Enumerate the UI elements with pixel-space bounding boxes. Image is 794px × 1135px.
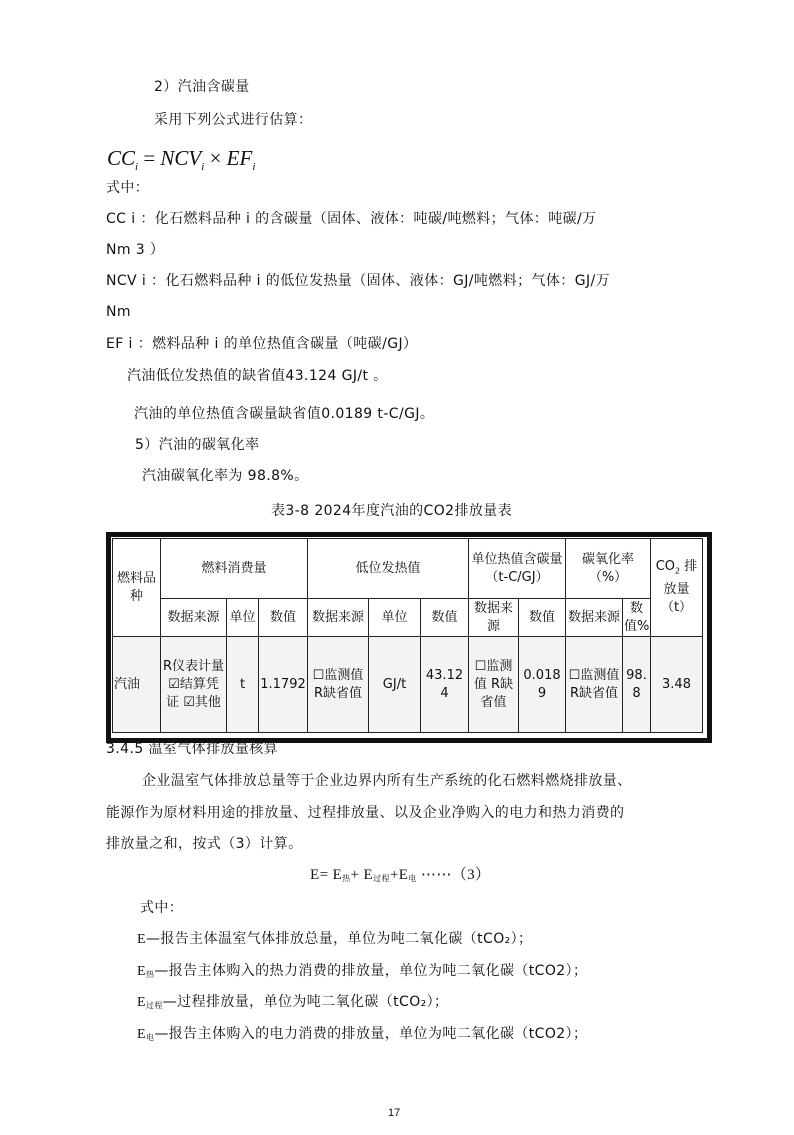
- definition-ef: EF i ：燃料品种 i 的单位热值含碳量（吨碳/GJ）: [106, 335, 417, 353]
- cell-consumption-unit: t: [227, 637, 259, 733]
- oxidation-text: 汽油碳氧化率为 98.8%。: [142, 467, 309, 485]
- definition-ncv-cont: Nm: [106, 303, 131, 321]
- header-ncv-source: 数据来源: [308, 599, 369, 637]
- cell-ncv-value: 43.124: [421, 637, 469, 733]
- formula-cc: CCi = NCVi × EFi: [107, 146, 255, 179]
- header-fuel-type: 燃料品种: [113, 539, 161, 637]
- header-oxidation: 碳氧化率（%）: [566, 539, 651, 599]
- section-heading-ghg-accounting: 3.4.5 温室气体排放量核算: [106, 740, 278, 758]
- table-caption: 表3-8 2024年度汽油的CO2排放量表: [271, 502, 512, 520]
- co2-emission-table-frame: 燃料品种 燃料消费量 低位发热值 单位热值含碳量（t-C/GJ） 碳氧化率（%）…: [106, 532, 712, 743]
- header-carbon-content: 单位热值含碳量（t-C/GJ）: [469, 539, 566, 599]
- cell-ox-source: ☐监测值 R缺省值: [566, 637, 623, 733]
- header-cc-value: 数值: [519, 599, 566, 637]
- page-number: 17: [388, 1107, 400, 1119]
- ncv-default-text: 汽油低位发热值的缺省值43.124 GJ/t 。: [127, 367, 388, 385]
- cell-co2: 3.48: [651, 637, 703, 733]
- term-e-electricity: E电—报告主体购入的电力消费的排放量，单位为吨二氧化碳（tCO2）；: [137, 1025, 587, 1047]
- definition-cc: CC i ：化石燃料品种 i 的含碳量（固体、液体：吨碳/吨燃料；气体：吨碳/万: [106, 210, 597, 228]
- table-header-row-2: 数据来源 单位 数值 数据来源 单位 数值 数据来源 数值 数据来源 数值%: [113, 599, 703, 637]
- term-e-total: E—报告主体温室气体排放总量，单位为吨二氧化碳（tCO₂）；: [137, 930, 532, 952]
- header-ox-value: 数值%: [623, 599, 651, 637]
- header-co2-emission: CO2 排放量（t）: [651, 539, 703, 637]
- header-consumption-source: 数据来源: [161, 599, 227, 637]
- cell-cc-source: ☐监测值 R缺省值: [469, 637, 519, 733]
- formula-intro: 采用下列公式进行估算：: [154, 111, 312, 129]
- paragraph-line-2: 能源作为原材料用途的排放量、过程排放量、以及企业净购入的电力和热力消费的: [106, 804, 624, 822]
- cell-ncv-unit: GJ/t: [369, 637, 421, 733]
- header-ncv-value: 数值: [421, 599, 469, 637]
- header-ncv-unit: 单位: [369, 599, 421, 637]
- section-heading-carbon-content: 2）汽油含碳量: [154, 78, 250, 96]
- co2-emission-table: 燃料品种 燃料消费量 低位发热值 单位热值含碳量（t-C/GJ） 碳氧化率（%）…: [112, 538, 703, 733]
- equation-3: E= E热+ E过程+E电 ⋯⋯（3）: [310, 866, 490, 888]
- header-ox-source: 数据来源: [566, 599, 623, 637]
- section-heading-oxidation: 5）汽油的碳氧化率: [135, 436, 260, 454]
- header-ncv: 低位发热值: [308, 539, 469, 599]
- header-cc-source: 数据来源: [469, 599, 519, 637]
- header-consumption-unit: 单位: [227, 599, 259, 637]
- cell-ox-value: 98.8: [623, 637, 651, 733]
- definition-ncv: NCV i ：化石燃料品种 i 的低位发热量（固体、液体：GJ/吨燃料；气体：G…: [106, 272, 610, 290]
- where-label: 式中：: [106, 179, 149, 197]
- cell-cc-value: 0.0189: [519, 637, 566, 733]
- header-consumption-value: 数值: [259, 599, 308, 637]
- term-e-process: E过程—过程排放量，单位为吨二氧化碳（tCO₂）；: [137, 993, 448, 1015]
- ef-default-text: 汽油的单位热值含碳量缺省值0.0189 t-C/GJ。: [134, 405, 434, 423]
- term-e-heat: E热—报告主体购入的热力消费的排放量，单位为吨二氧化碳（tCO2）；: [137, 962, 587, 984]
- paragraph-line-3: 排放量之和，按式（3）计算。: [106, 835, 303, 853]
- paragraph-line-1: 企业温室气体排放总量等于企业边界内所有生产系统的化石燃料燃烧排放量、: [142, 772, 632, 790]
- definition-cc-cont: Nm 3 ）: [106, 241, 164, 259]
- cell-consumption-value: 1.1792: [259, 637, 308, 733]
- cell-consumption-source: R仪表计量 ☑结算凭证 ☑其他: [161, 637, 227, 733]
- table-row: 汽油 R仪表计量 ☑结算凭证 ☑其他 t 1.1792 ☐监测值 R缺省值 GJ…: [113, 637, 703, 733]
- table-header-row-1: 燃料品种 燃料消费量 低位发热值 单位热值含碳量（t-C/GJ） 碳氧化率（%）…: [113, 539, 703, 599]
- cell-fuel: 汽油: [113, 637, 161, 733]
- where-label-2: 式中：: [140, 899, 183, 917]
- header-consumption: 燃料消费量: [161, 539, 308, 599]
- cell-ncv-source: ☐监测值 R缺省值: [308, 637, 369, 733]
